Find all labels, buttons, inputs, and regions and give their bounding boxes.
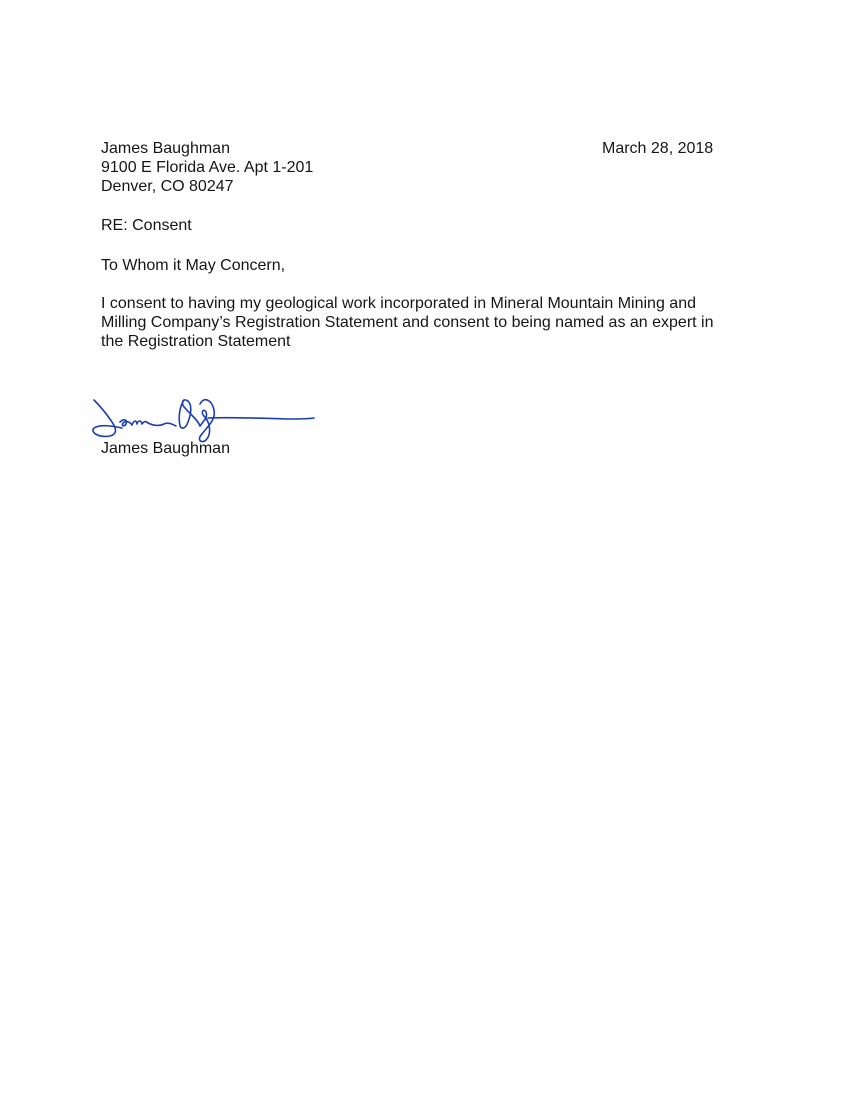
letter-date: March 28, 2018 bbox=[602, 139, 713, 158]
sender-address-line1: 9100 E Florida Ave. Apt 1-201 bbox=[101, 158, 313, 177]
letter-body: I consent to having my geological work i… bbox=[101, 294, 751, 351]
sender-block: James Baughman 9100 E Florida Ave. Apt 1… bbox=[101, 139, 313, 196]
salutation: To Whom it May Concern, bbox=[101, 256, 285, 275]
body-line: I consent to having my geological work i… bbox=[101, 294, 751, 313]
signature-printed-name: James Baughman bbox=[101, 439, 230, 458]
subject-line: RE: Consent bbox=[101, 216, 192, 235]
body-line: Milling Company’s Registration Statement… bbox=[101, 313, 751, 332]
sender-address-line2: Denver, CO 80247 bbox=[101, 177, 313, 196]
sender-name: James Baughman bbox=[101, 139, 313, 158]
body-line: the Registration Statement bbox=[101, 332, 751, 351]
letter-page: James Baughman 9100 E Florida Ave. Apt 1… bbox=[0, 0, 850, 1101]
